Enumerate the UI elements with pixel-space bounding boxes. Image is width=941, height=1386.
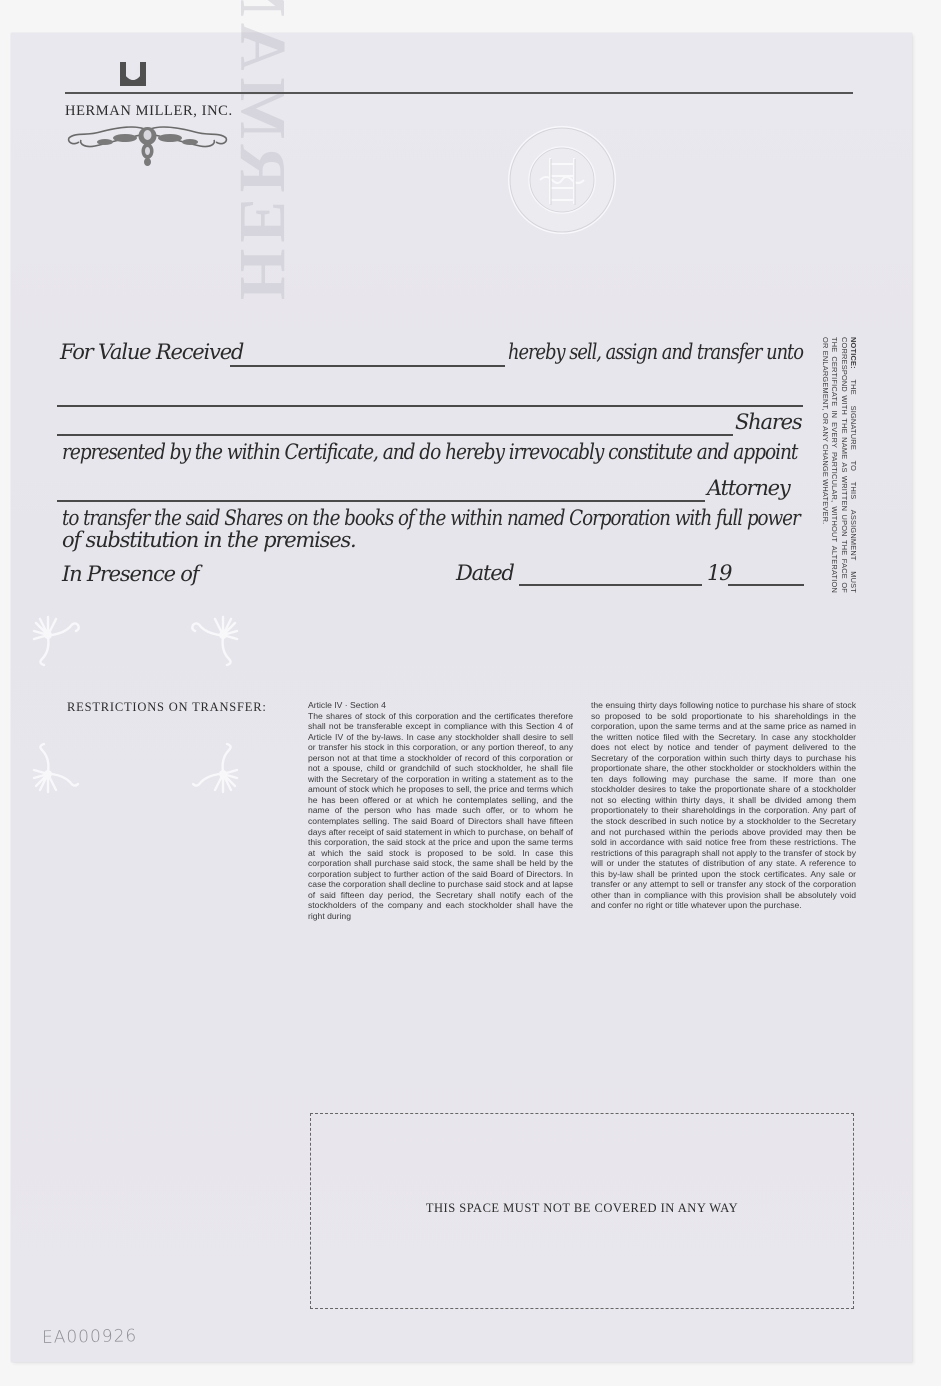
herman-miller-logo-icon: [118, 60, 148, 88]
assignee-blank-line[interactable]: [230, 365, 505, 367]
embossed-flourish-icon: [30, 742, 86, 794]
restrictions-text-2: the ensuing thirty days following notice…: [591, 700, 856, 910]
attorney-name-line[interactable]: [57, 500, 705, 502]
represented-by-label: represented by the within Certificate, a…: [62, 440, 797, 464]
shares-label: Shares: [735, 410, 801, 434]
ghost-company-name: HERMAN MILLER, INC.: [224, 0, 300, 300]
in-presence-of-label: In Presence of: [62, 562, 198, 586]
embossed-flourish-icon: [185, 742, 241, 794]
corporate-seal-icon: [506, 124, 618, 236]
dated-label: Dated: [456, 561, 514, 585]
for-value-received-label: For Value Received: [60, 340, 243, 364]
hereby-sell-label: hereby sell, assign and transfer unto: [508, 340, 803, 364]
restrictions-column-1: Article IV · Section 4 The shares of sto…: [308, 700, 573, 921]
company-name: HERMAN MILLER, INC.: [65, 103, 233, 120]
notice-label: NOTICE:: [849, 337, 858, 369]
assignee-name-line[interactable]: [57, 405, 803, 407]
date-blank-line[interactable]: [519, 584, 702, 586]
header-rule: [65, 92, 853, 94]
restrictions-text-1: The shares of stock of this corporation …: [308, 711, 573, 921]
embossed-flourish-icon: [30, 615, 86, 667]
to-transfer-label: to transfer the said Shares on the books…: [62, 506, 800, 530]
notice-text: THE SIGNATURE TO THIS ASSIGNMENT MUST CO…: [821, 337, 858, 593]
reserved-space-notice: THIS SPACE MUST NOT BE COVERED IN ANY WA…: [311, 1201, 853, 1216]
shares-count-line[interactable]: [57, 434, 733, 436]
year-blank-line[interactable]: [728, 584, 804, 586]
acanthus-ornament-icon: [65, 122, 230, 167]
attorney-label: Attorney: [707, 476, 790, 500]
restrictions-heading: RESTRICTIONS ON TRANSFER:: [67, 700, 267, 715]
embossed-flourish-icon: [185, 615, 241, 667]
article-heading: Article IV · Section 4: [308, 700, 573, 711]
archive-id-handwritten: EA000926: [42, 1326, 138, 1348]
substitution-label: of substitution in the premises.: [62, 528, 356, 552]
ghost-bleedthrough: HERMAN MILLER, INC.: [300, 300, 301, 301]
reserved-space-box: THIS SPACE MUST NOT BE COVERED IN ANY WA…: [310, 1113, 854, 1309]
restrictions-column-2: the ensuing thirty days following notice…: [591, 700, 856, 911]
signature-notice: NOTICE: THE SIGNATURE TO THIS ASSIGNMENT…: [820, 337, 858, 593]
year-prefix-label: 19: [707, 561, 731, 585]
